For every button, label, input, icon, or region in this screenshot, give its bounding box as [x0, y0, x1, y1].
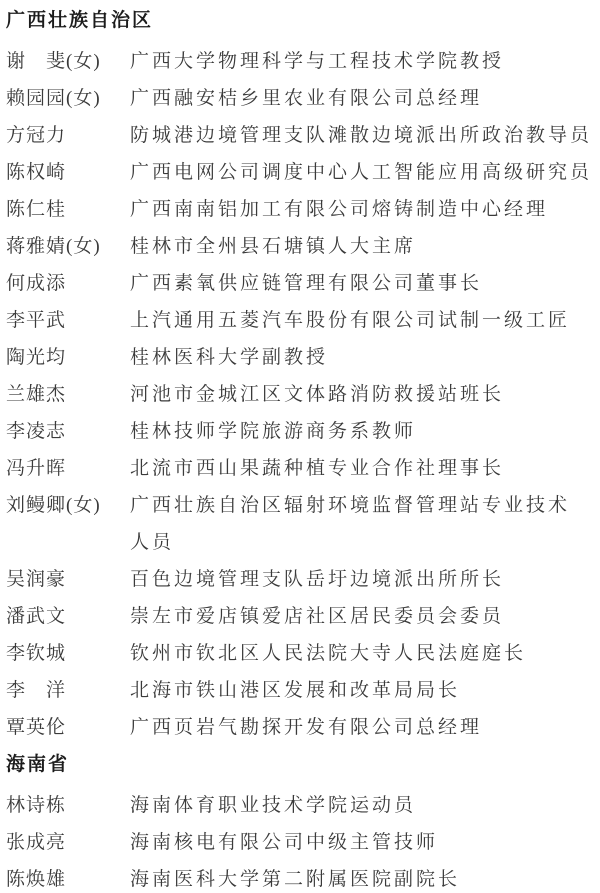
person-name: 陈权崎 — [6, 154, 130, 191]
entry-row: 谢 斐(女)广西大学物理科学与工程技术学院教授 — [6, 43, 600, 80]
entry-row: 何成添广西素氧供应链管理有限公司董事长 — [6, 265, 600, 302]
person-title: 广西壮族自治区辐射环境监督管理站专业技术 人员 — [130, 487, 600, 561]
person-title: 崇左市爱店镇爱店社区居民委员会委员 — [130, 598, 600, 635]
person-title: 海南体育职业技术学院运动员 — [130, 787, 600, 824]
person-name: 谢 斐(女) — [6, 43, 130, 80]
person-name: 李 洋 — [6, 672, 130, 709]
entry-row: 潘武文崇左市爱店镇爱店社区居民委员会委员 — [6, 598, 600, 635]
person-name: 覃英伦 — [6, 709, 130, 746]
person-name: 潘武文 — [6, 598, 130, 635]
entry-row: 冯升晖北流市西山果蔬种植专业合作社理事长 — [6, 450, 600, 487]
person-name: 兰雄杰 — [6, 376, 130, 413]
entry-row: 陈仁桂广西南南铝加工有限公司熔铸制造中心经理 — [6, 191, 600, 228]
person-title: 广西页岩气勘探开发有限公司总经理 — [130, 709, 600, 746]
person-name: 陈焕雄 — [6, 861, 130, 893]
person-title: 百色边境管理支队岳圩边境派出所所长 — [130, 561, 600, 598]
entry-row: 方冠力防城港边境管理支队滩散边境派出所政治教导员 — [6, 117, 600, 154]
person-title: 桂林医科大学副教授 — [130, 339, 600, 376]
entry-row: 兰雄杰河池市金城江区文体路消防救援站班长 — [6, 376, 600, 413]
entry-row: 林诗栋海南体育职业技术学院运动员 — [6, 787, 600, 824]
person-title: 广西电网公司调度中心人工智能应用高级研究员 — [130, 154, 600, 191]
person-title: 广西南南铝加工有限公司熔铸制造中心经理 — [130, 191, 600, 228]
person-name: 何成添 — [6, 265, 130, 302]
person-name: 陈仁桂 — [6, 191, 130, 228]
person-title: 海南核电有限公司中级主管技师 — [130, 824, 600, 861]
entry-row: 赖园园(女)广西融安桔乡里农业有限公司总经理 — [6, 80, 600, 117]
person-name: 李钦城 — [6, 635, 130, 672]
person-name: 吴润豪 — [6, 561, 130, 598]
person-title: 广西素氧供应链管理有限公司董事长 — [130, 265, 600, 302]
entry-row: 陈权崎广西电网公司调度中心人工智能应用高级研究员 — [6, 154, 600, 191]
person-title: 防城港边境管理支队滩散边境派出所政治教导员 — [130, 117, 600, 154]
section-header: 广西壮族自治区 — [6, 2, 600, 39]
person-name: 冯升晖 — [6, 450, 130, 487]
entry-row: 李平武上汽通用五菱汽车股份有限公司试制一级工匠 — [6, 302, 600, 339]
entry-row: 吴润豪百色边境管理支队岳圩边境派出所所长 — [6, 561, 600, 598]
entry-row: 陶光均桂林医科大学副教授 — [6, 339, 600, 376]
person-title: 广西大学物理科学与工程技术学院教授 — [130, 43, 600, 80]
province-section: 海南省林诗栋海南体育职业技术学院运动员张成亮海南核电有限公司中级主管技师陈焕雄海… — [6, 746, 600, 893]
person-name: 林诗栋 — [6, 787, 130, 824]
person-name: 赖园园(女) — [6, 80, 130, 117]
person-title: 广西融安桔乡里农业有限公司总经理 — [130, 80, 600, 117]
person-title: 桂林技师学院旅游商务系教师 — [130, 413, 600, 450]
province-section: 广西壮族自治区谢 斐(女)广西大学物理科学与工程技术学院教授赖园园(女)广西融安… — [6, 2, 600, 746]
entry-row: 李凌志桂林技师学院旅游商务系教师 — [6, 413, 600, 450]
entry-row: 李钦城钦州市钦北区人民法院大寺人民法庭庭长 — [6, 635, 600, 672]
person-name: 张成亮 — [6, 824, 130, 861]
person-title: 海南医科大学第二附属医院副院长 — [130, 861, 600, 893]
entry-row: 刘鳗卿(女)广西壮族自治区辐射环境监督管理站专业技术 人员 — [6, 487, 600, 561]
person-title: 桂林市全州县石塘镇人大主席 — [130, 228, 600, 265]
person-name: 刘鳗卿(女) — [6, 487, 130, 524]
award-list-document: 广西壮族自治区谢 斐(女)广西大学物理科学与工程技术学院教授赖园园(女)广西融安… — [0, 0, 600, 893]
person-title: 河池市金城江区文体路消防救援站班长 — [130, 376, 600, 413]
person-title: 上汽通用五菱汽车股份有限公司试制一级工匠 — [130, 302, 600, 339]
person-name: 蒋雅婧(女) — [6, 228, 130, 265]
entry-row: 蒋雅婧(女)桂林市全州县石塘镇人大主席 — [6, 228, 600, 265]
person-title: 钦州市钦北区人民法院大寺人民法庭庭长 — [130, 635, 600, 672]
person-name: 李平武 — [6, 302, 130, 339]
entry-row: 覃英伦广西页岩气勘探开发有限公司总经理 — [6, 709, 600, 746]
person-name: 李凌志 — [6, 413, 130, 450]
entry-row: 李 洋北海市铁山港区发展和改革局局长 — [6, 672, 600, 709]
person-name: 陶光均 — [6, 339, 130, 376]
entry-row: 陈焕雄海南医科大学第二附属医院副院长 — [6, 861, 600, 893]
section-header: 海南省 — [6, 746, 600, 783]
entry-row: 张成亮海南核电有限公司中级主管技师 — [6, 824, 600, 861]
person-title: 北流市西山果蔬种植专业合作社理事长 — [130, 450, 600, 487]
person-title: 北海市铁山港区发展和改革局局长 — [130, 672, 600, 709]
person-name: 方冠力 — [6, 117, 130, 154]
